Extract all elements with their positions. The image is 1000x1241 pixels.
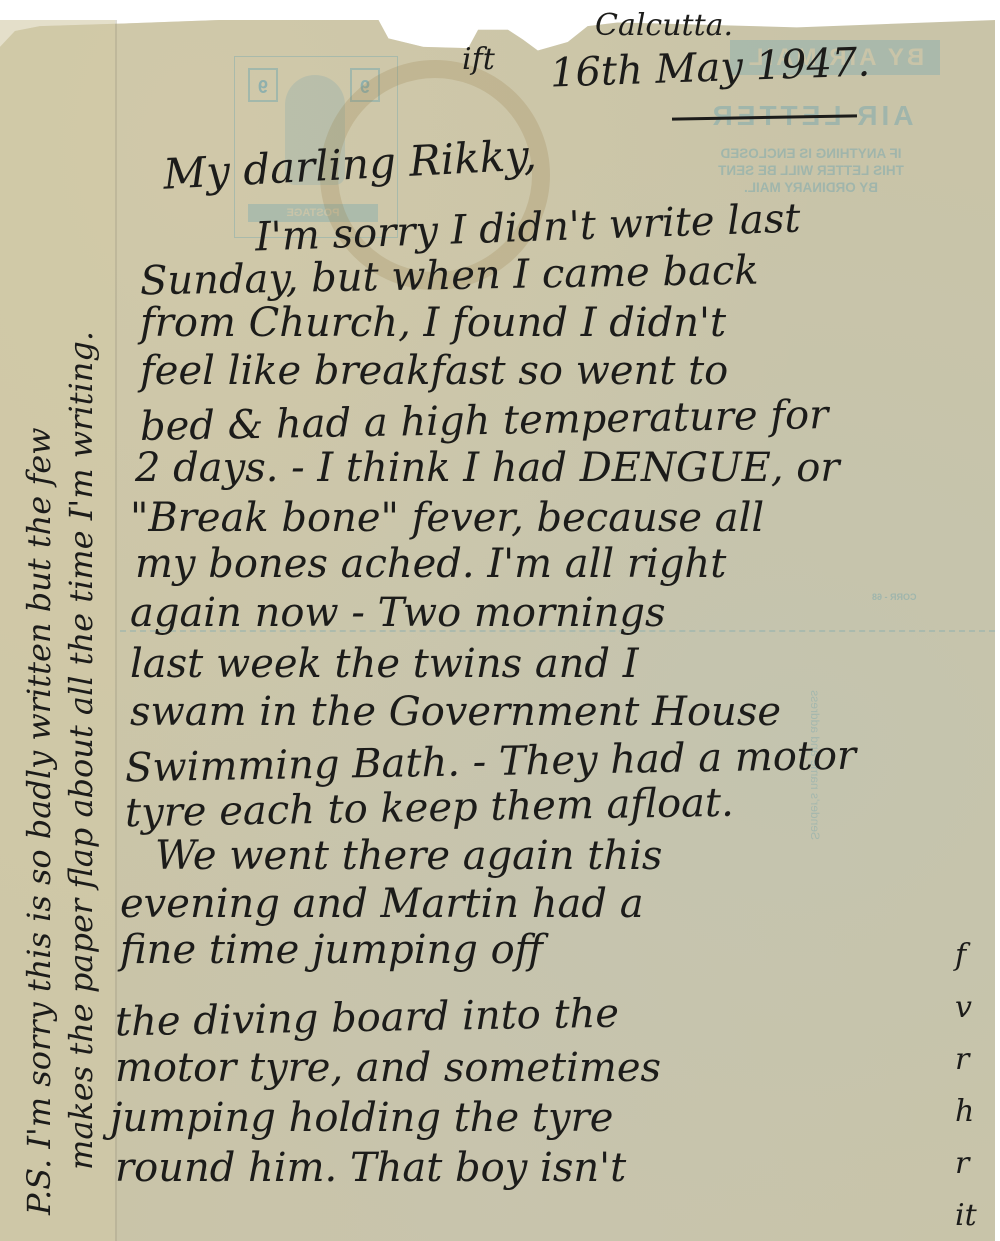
body-line: the diving board into the — [115, 991, 620, 1046]
body-line: 2 days. - I think I had DENGUE, or — [135, 445, 839, 491]
body-line: my bones ached. I'm all right — [135, 541, 726, 587]
scan-edge — [995, 20, 1000, 1241]
letter-fragment: ift — [462, 42, 495, 77]
body-line: last week the twins and I — [130, 641, 639, 687]
margin-fragment: r — [955, 1138, 995, 1190]
postscript-line: P.S. I'm sorry this is so badly written … — [20, 427, 58, 1215]
body-line: fine time jumping off — [120, 927, 543, 973]
air-letter-scan: 6 6 POSTAGE BY AIR MAIL AIR LETTER IF AN… — [0, 0, 1000, 1241]
body-line: jumping holding the tyre — [110, 1095, 613, 1141]
body-line: round him. That boy isn't — [115, 1145, 626, 1191]
margin-fragment: h — [955, 1086, 995, 1138]
stamp-value-left: 6 — [248, 68, 278, 102]
letter-place: Calcutta. — [595, 8, 733, 43]
body-line: evening and Martin had a — [120, 881, 644, 927]
notice-line: IF ANYTHING IS ENCLOSED — [680, 145, 942, 162]
body-line: again now - Two mornings — [130, 590, 665, 636]
body-line: from Church, I found I didn't — [140, 300, 726, 346]
notice-line: THIS LETTER WILL BE SENT — [680, 162, 942, 179]
enclosure-notice: IF ANYTHING IS ENCLOSED THIS LETTER WILL… — [680, 145, 942, 196]
body-line: motor tyre, and sometimes — [115, 1045, 661, 1091]
postscript-line: makes the paper flap about all the time … — [62, 331, 100, 1170]
body-line: feel like breakfast so went to — [140, 348, 728, 394]
body-line: swam in the Government House — [130, 689, 781, 735]
body-line: "Break bone" fever, because all — [130, 495, 764, 541]
body-line: We went there again this — [155, 833, 662, 879]
margin-fragment: v — [955, 982, 995, 1034]
notice-line: BY ORDINARY MAIL. — [680, 179, 942, 196]
corr-code: CORR - 68 — [872, 592, 917, 602]
margin-fragment: r — [955, 1034, 995, 1086]
margin-fragment: f — [955, 930, 995, 982]
margin-fragment: it — [955, 1190, 995, 1241]
right-margin-fragments: f v r h r it — [955, 930, 995, 1241]
